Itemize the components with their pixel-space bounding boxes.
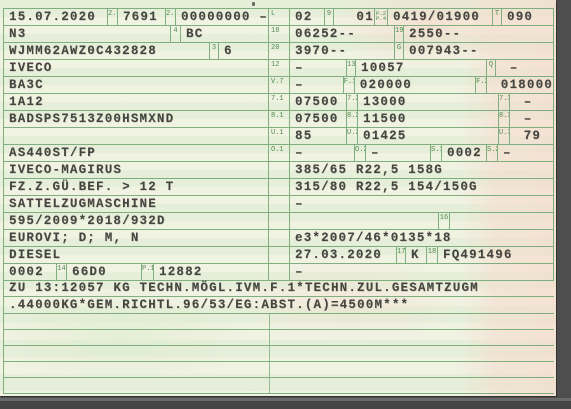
field-value: 007943-- <box>404 43 553 59</box>
field-code-strip: L182012V.77.18.1U.1O.1 <box>269 8 290 281</box>
field-label: V.7 <box>269 77 289 94</box>
field-value: 6 <box>219 43 268 59</box>
table-row: AS440ST/FP <box>4 145 268 162</box>
table-row: FZ.Z.GÜ.BEF. > 12 T <box>4 179 268 196</box>
field-label: 13 <box>346 60 356 76</box>
field-label: 7.1 <box>269 94 289 111</box>
table-row: IVECO-MAGIRUS <box>4 162 268 179</box>
field-value: WJMM62AWZ0C432828 <box>4 43 209 59</box>
field-value: EUROVI; D; M, N <box>4 230 268 246</box>
field-value: AS440ST/FP <box>4 145 268 161</box>
field-value: – <box>290 264 553 280</box>
table-row: –F.1020000F.2 018000 <box>290 77 553 94</box>
field-value: 07500 <box>290 111 346 127</box>
field-value: 385/65 R22,5 158G <box>290 162 553 178</box>
field-value: 13000 <box>358 94 498 110</box>
field-value: 7691 <box>118 9 165 25</box>
field-value <box>290 213 438 229</box>
field-value: – <box>510 111 553 127</box>
field-label <box>269 179 289 196</box>
field-value: IVECO-MAGIRUS <box>4 162 268 178</box>
table-row: 27.03.202017K18FQ491496 <box>290 247 553 264</box>
field-label: G <box>394 43 404 59</box>
field-value <box>450 213 553 229</box>
table-row: 029 01P.2P.40419/01900T090 <box>290 9 553 26</box>
left-field-table: 15.07.20202.176912.200000000 –N34BCWJMM6… <box>3 8 269 281</box>
field-label: 12 <box>269 60 289 77</box>
table-row: WJMM62AWZ0C43282836 <box>4 43 268 60</box>
field-value: BADSPS7513Z00HSMXND <box>4 111 268 127</box>
table-row: 075008.2115008.3 – <box>290 111 553 128</box>
field-label: O.2 <box>354 145 366 161</box>
field-value: e3*2007/46*0135*18 <box>290 230 553 246</box>
ruled-area-divider <box>269 314 270 393</box>
table-row: 1A12 <box>4 94 268 111</box>
field-label <box>269 264 289 281</box>
field-label: U.3 <box>498 128 510 144</box>
field-label: 9 <box>324 9 334 25</box>
table-row: 16 <box>290 213 553 230</box>
field-label: U.1 <box>269 128 289 145</box>
field-value: 11500 <box>358 111 498 127</box>
table-row: –1310057Q – <box>290 60 553 77</box>
field-label: U.2 <box>346 128 358 144</box>
field-value: – <box>290 196 553 212</box>
field-label: 19 <box>394 26 404 42</box>
table-row: BADSPS7513Z00HSMXND <box>4 111 268 128</box>
field-value: 15.07.2020 <box>4 9 107 25</box>
field-label: F.2 <box>475 77 487 93</box>
field-label: 18 <box>269 26 289 43</box>
field-value: 0002 <box>442 145 486 161</box>
field-label: P.1 <box>141 264 154 280</box>
remarks-line-2: .44000KG*GEM.RICHTL.96/53/EG:ABST.(A)=45… <box>4 297 554 314</box>
field-value: DIESEL <box>4 247 268 263</box>
field-value: 07500 <box>290 94 346 110</box>
field-label: 2.2 <box>165 9 176 25</box>
field-value: – <box>290 77 343 93</box>
field-value: FZ.Z.GÜ.BEF. > 12 T <box>4 179 268 195</box>
field-label: 18 <box>426 247 438 263</box>
paper-speck <box>252 2 255 6</box>
field-label <box>269 213 289 230</box>
field-value: 06252-- <box>290 26 394 42</box>
field-value: – <box>496 60 553 76</box>
registration-document: 15.07.20202.176912.200000000 –N34BCWJMM6… <box>0 0 556 396</box>
field-value: – <box>498 145 553 161</box>
table-row: – <box>290 264 553 281</box>
field-value: FQ491496 <box>438 247 553 263</box>
field-label: 16 <box>438 213 450 229</box>
field-value: 66D0 <box>67 264 141 280</box>
field-value: BA3C <box>4 77 268 93</box>
table-row: BA3C <box>4 77 268 94</box>
field-value: 79 <box>510 128 553 144</box>
empty-ruled-row <box>4 346 554 362</box>
field-value: 315/80 R22,5 154/150G <box>290 179 553 195</box>
table-row: 00021466D0P.112882 <box>4 264 268 281</box>
table-row: 385/65 R22,5 158G <box>290 162 553 179</box>
field-value: 090 <box>502 9 553 25</box>
table-row: 15.07.20202.176912.200000000 – <box>4 9 268 26</box>
field-value: IVECO <box>4 60 268 76</box>
field-label: S.2 <box>486 145 498 161</box>
field-label: 4 <box>170 26 181 42</box>
field-value <box>4 128 268 144</box>
field-label: F.1 <box>343 77 355 93</box>
field-value: 27.03.2020 <box>290 247 396 263</box>
field-value: 1A12 <box>4 94 268 110</box>
remarks-line-1: ZU 13:12057 KG TECHN.MÖGL.IVM.F.1*TECHN.… <box>4 280 554 297</box>
field-value: BC <box>181 26 268 42</box>
field-value: 018000 <box>487 77 553 93</box>
table-row: e3*2007/46*0135*18 <box>290 230 553 247</box>
field-label <box>269 196 289 213</box>
field-value: 0002 <box>4 264 56 280</box>
field-value: 2550-- <box>404 26 553 42</box>
field-label: 8.3 <box>498 111 510 127</box>
field-value: – <box>366 145 430 161</box>
field-label: P.2P.4 <box>374 9 388 25</box>
right-field-table: 029 01P.2P.40419/01900T09006252--192550-… <box>290 8 554 281</box>
field-value: 02 <box>290 9 324 25</box>
empty-ruled-area <box>4 314 554 394</box>
field-value: – <box>510 94 553 110</box>
empty-ruled-row <box>4 378 554 394</box>
field-label: Q <box>486 60 496 76</box>
field-label: 17 <box>396 247 406 263</box>
field-label: 20 <box>269 43 289 60</box>
field-value: 3970-- <box>290 43 394 59</box>
field-value: N3 <box>4 26 170 42</box>
field-value: 020000 <box>355 77 475 93</box>
table-row: EUROVI; D; M, N <box>4 230 268 247</box>
field-label <box>269 162 289 179</box>
field-label <box>269 247 289 264</box>
field-label: 7.2 <box>346 94 358 110</box>
field-value: 0419/01900 <box>388 9 492 25</box>
field-value: 85 <box>290 128 346 144</box>
field-value: 00000000 – <box>176 9 268 25</box>
empty-ruled-row <box>4 330 554 346</box>
table-row: –O.2–S.10002S.2– <box>290 145 553 162</box>
table-row: N34BC <box>4 26 268 43</box>
table-row: 85U.201425U.3 79 <box>290 128 553 145</box>
table-row: DIESEL <box>4 247 268 264</box>
table-row: – <box>290 196 553 213</box>
empty-ruled-row <box>4 362 554 378</box>
remarks-section: ZU 13:12057 KG TECHN.MÖGL.IVM.F.1*TECHN.… <box>3 280 554 394</box>
field-value: 01425 <box>358 128 498 144</box>
table-row: 075007.2130007.3 – <box>290 94 553 111</box>
table-row: 3970--G007943-- <box>290 43 553 60</box>
field-label: 2.1 <box>107 9 118 25</box>
field-value: K <box>406 247 426 263</box>
field-label: T <box>492 9 502 25</box>
table-row: IVECO <box>4 60 268 77</box>
field-label: S.1 <box>430 145 442 161</box>
field-label: 3 <box>209 43 219 59</box>
field-value: SATTELZUGMASCHINE <box>4 196 268 212</box>
field-label: 14 <box>56 264 67 280</box>
field-label: 7.3 <box>498 94 510 110</box>
field-value: 595/2009*2018/932D <box>4 213 268 229</box>
table-row: 06252--192550-- <box>290 26 553 43</box>
table-row <box>4 128 268 145</box>
empty-ruled-row <box>4 314 554 330</box>
table-row: 315/80 R22,5 154/150G <box>290 179 553 196</box>
field-value: 01 <box>334 9 374 25</box>
field-label: L <box>269 9 289 26</box>
field-label: 8.2 <box>346 111 358 127</box>
table-row: 595/2009*2018/932D <box>4 213 268 230</box>
field-label: O.1 <box>269 145 289 162</box>
field-label: 8.1 <box>269 111 289 128</box>
field-value: 12882 <box>154 264 268 280</box>
field-label <box>269 230 289 247</box>
field-value: – <box>290 145 354 161</box>
field-value: 10057 <box>356 60 486 76</box>
field-value: – <box>290 60 346 76</box>
table-row: SATTELZUGMASCHINE <box>4 196 268 213</box>
